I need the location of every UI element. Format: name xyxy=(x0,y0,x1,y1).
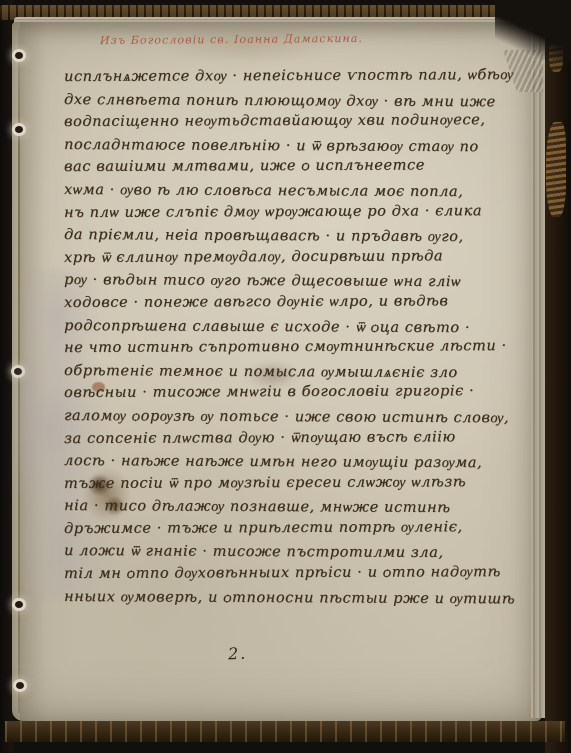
manuscript-line: вас вашіими млтвами, иже ѻ исплънеетсе xyxy=(64,154,518,179)
gutter-shading xyxy=(20,22,46,721)
sewing-hole xyxy=(15,52,23,59)
book-board-right xyxy=(545,0,571,753)
manuscript-line: дръжимсе · тъже и приѣлести потрѣ ѹленіє… xyxy=(64,516,518,541)
page-number: 2. xyxy=(228,644,248,664)
manuscript-line: не что истинѣ съпротивно смѹтнинѣские лѣ… xyxy=(64,335,518,360)
sewing-hole xyxy=(14,368,22,375)
sewing-hole xyxy=(16,682,24,689)
manuscript-line: нъ плѡ иже слъпіє дмѹ ѡрѹжающе ро дха · … xyxy=(64,200,518,225)
manuscript-line: водпасіщенно неѹтьдставйающѹ хви подинѹе… xyxy=(64,109,518,134)
manuscript-page: Изъ Богословіи св. Іоанна Дамаскина. исп… xyxy=(12,22,542,721)
sewing-hole xyxy=(15,601,23,608)
corner-shadow-topright xyxy=(495,0,571,60)
manuscript-photo: Изъ Богословіи св. Іоанна Дамаскина. исп… xyxy=(0,0,571,753)
wear-mark-right-upper xyxy=(546,122,566,217)
book-board-bottom xyxy=(5,721,565,742)
page-stack-edge-right xyxy=(531,26,545,718)
manuscript-line: овѣсныи · тисоже мнѡгіи в богословіи гри… xyxy=(64,380,518,405)
manuscript-line: ходовсе · понеже авѣгсо дѹніє ѡлро, и вѣ… xyxy=(64,290,518,315)
manuscript-line: тъже посіи ѿ про мѹзѣіи єресеи слѡжѹ ѡлѣ… xyxy=(64,471,518,496)
sewing-hole xyxy=(15,126,23,133)
manuscript-text-block: исплънѧжетсе дхѹ · непеісьнисе ѵпостѣ па… xyxy=(64,66,518,608)
manuscript-line: тіл мн ѻтпо дѹховѣнныих прѣіси · и ѻтпо … xyxy=(64,561,518,586)
manuscript-line: исплънѧжетсе дхѹ · непеісьнисе ѵпостѣ па… xyxy=(64,64,518,89)
manuscript-line: за сопсеніє плѡства дѹю · ѿпѹщаю въсѣ єл… xyxy=(64,426,518,451)
manuscript-line: хрѣ ѿ єллинѹ премѹдалѹ, досирвѣши прѣда xyxy=(64,245,518,270)
chapter-heading-red: Изъ Богословіи св. Іоанна Дамаскина. xyxy=(100,32,363,47)
manuscript-line: нныих ѹмоверѣ, и ѻтпоносни пѣстыи рже и … xyxy=(64,586,518,611)
